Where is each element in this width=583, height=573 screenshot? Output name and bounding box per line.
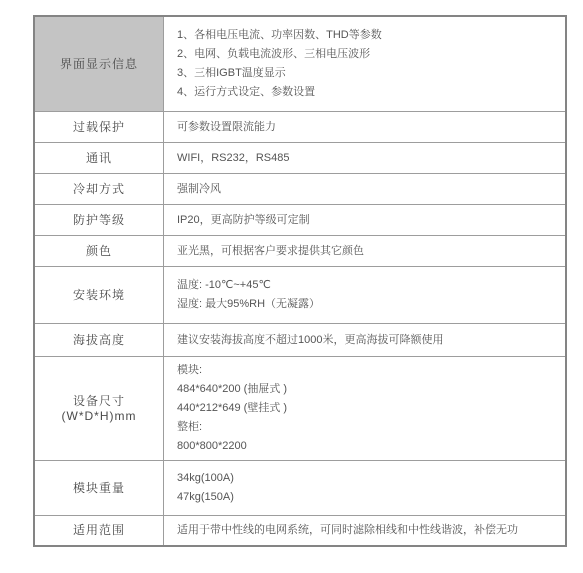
spec-line: 4、运行方式设定、参数设置 [177,83,559,102]
spec-row-value: 温度: -10℃~+45℃ 湿度: 最大95%RH（无凝露） [164,267,565,323]
spec-line: WIFI，RS232，RS485 [177,149,559,168]
spec-row-label: 通讯 [35,143,164,173]
spec-row: 安装环境 温度: -10℃~+45℃ 湿度: 最大95%RH（无凝露） [35,266,565,323]
spec-line: 适用于带中性线的电网系统，可同时滤除相线和中性线谐波，补偿无功 [177,521,559,540]
spec-line: 484*640*200 (抽屉式 ) [177,380,559,399]
spec-row-value: 34kg(100A) 47kg(150A) [164,461,565,515]
spec-row-value: 模块: 484*640*200 (抽屉式 ) 440*212*649 (壁挂式 … [164,357,565,460]
spec-row-label: 安装环境 [35,267,164,323]
spec-row: 模块重量 34kg(100A) 47kg(150A) [35,460,565,515]
spec-line: 模块: [177,361,559,380]
spec-row-value: 1、各相电压电流、功率因数、THD等参数 2、电网、负载电流波形、三相电压波形 … [164,17,565,111]
spec-line: 整柜: [177,418,559,437]
spec-row-label: 界面显示信息 [35,17,164,111]
spec-line: 3、三相IGBT温度显示 [177,64,559,83]
spec-row-value: WIFI，RS232，RS485 [164,143,565,173]
spec-line: 亚光黑，可根据客户要求提供其它颜色 [177,242,559,261]
spec-row-label: 适用范围 [35,516,164,545]
spec-line: 1、各相电压电流、功率因数、THD等参数 [177,26,559,45]
spec-row: 设备尺寸 (W*D*H)mm 模块: 484*640*200 (抽屉式 ) 44… [35,356,565,460]
spec-row-value: IP20，更高防护等级可定制 [164,205,565,235]
spec-row: 冷却方式 强制冷风 [35,173,565,204]
spec-line: 可参数设置限流能力 [177,118,559,137]
spec-row-value: 亚光黑，可根据客户要求提供其它颜色 [164,236,565,266]
spec-row-value: 建议安装海拔高度不超过1000米，更高海拔可降额使用 [164,324,565,356]
spec-line: 建议安装海拔高度不超过1000米，更高海拔可降额使用 [177,331,559,350]
spec-row-label: 模块重量 [35,461,164,515]
spec-row: 过载保护 可参数设置限流能力 [35,111,565,142]
page: 界面显示信息 1、各相电压电流、功率因数、THD等参数 2、电网、负载电流波形、… [0,0,583,573]
spec-line: IP20，更高防护等级可定制 [177,211,559,230]
spec-row: 防护等级 IP20，更高防护等级可定制 [35,204,565,235]
spec-row-label: 颜色 [35,236,164,266]
spec-row-label: 冷却方式 [35,174,164,204]
spec-row-label: 海拔高度 [35,324,164,356]
spec-row: 海拔高度 建议安装海拔高度不超过1000米，更高海拔可降额使用 [35,323,565,356]
spec-row-label: 防护等级 [35,205,164,235]
spec-row-label: 过载保护 [35,112,164,142]
spec-table: 界面显示信息 1、各相电压电流、功率因数、THD等参数 2、电网、负载电流波形、… [33,15,567,547]
spec-line: 湿度: 最大95%RH（无凝露） [177,295,559,314]
spec-row-label: 设备尺寸 (W*D*H)mm [35,357,164,460]
spec-line: 强制冷风 [177,180,559,199]
spec-row: 颜色 亚光黑，可根据客户要求提供其它颜色 [35,235,565,266]
spec-row-value: 强制冷风 [164,174,565,204]
spec-row-value: 适用于带中性线的电网系统，可同时滤除相线和中性线谐波，补偿无功 [164,516,565,545]
spec-row-value: 可参数设置限流能力 [164,112,565,142]
spec-line: 34kg(100A) [177,469,559,488]
spec-line: 47kg(150A) [177,488,559,507]
spec-row: 适用范围 适用于带中性线的电网系统，可同时滤除相线和中性线谐波，补偿无功 [35,515,565,545]
spec-line: 温度: -10℃~+45℃ [177,276,559,295]
spec-line: 2、电网、负载电流波形、三相电压波形 [177,45,559,64]
spec-row: 通讯 WIFI，RS232，RS485 [35,142,565,173]
spec-line: 800*800*2200 [177,437,559,456]
spec-line: 440*212*649 (壁挂式 ) [177,399,559,418]
spec-row: 界面显示信息 1、各相电压电流、功率因数、THD等参数 2、电网、负载电流波形、… [35,17,565,111]
